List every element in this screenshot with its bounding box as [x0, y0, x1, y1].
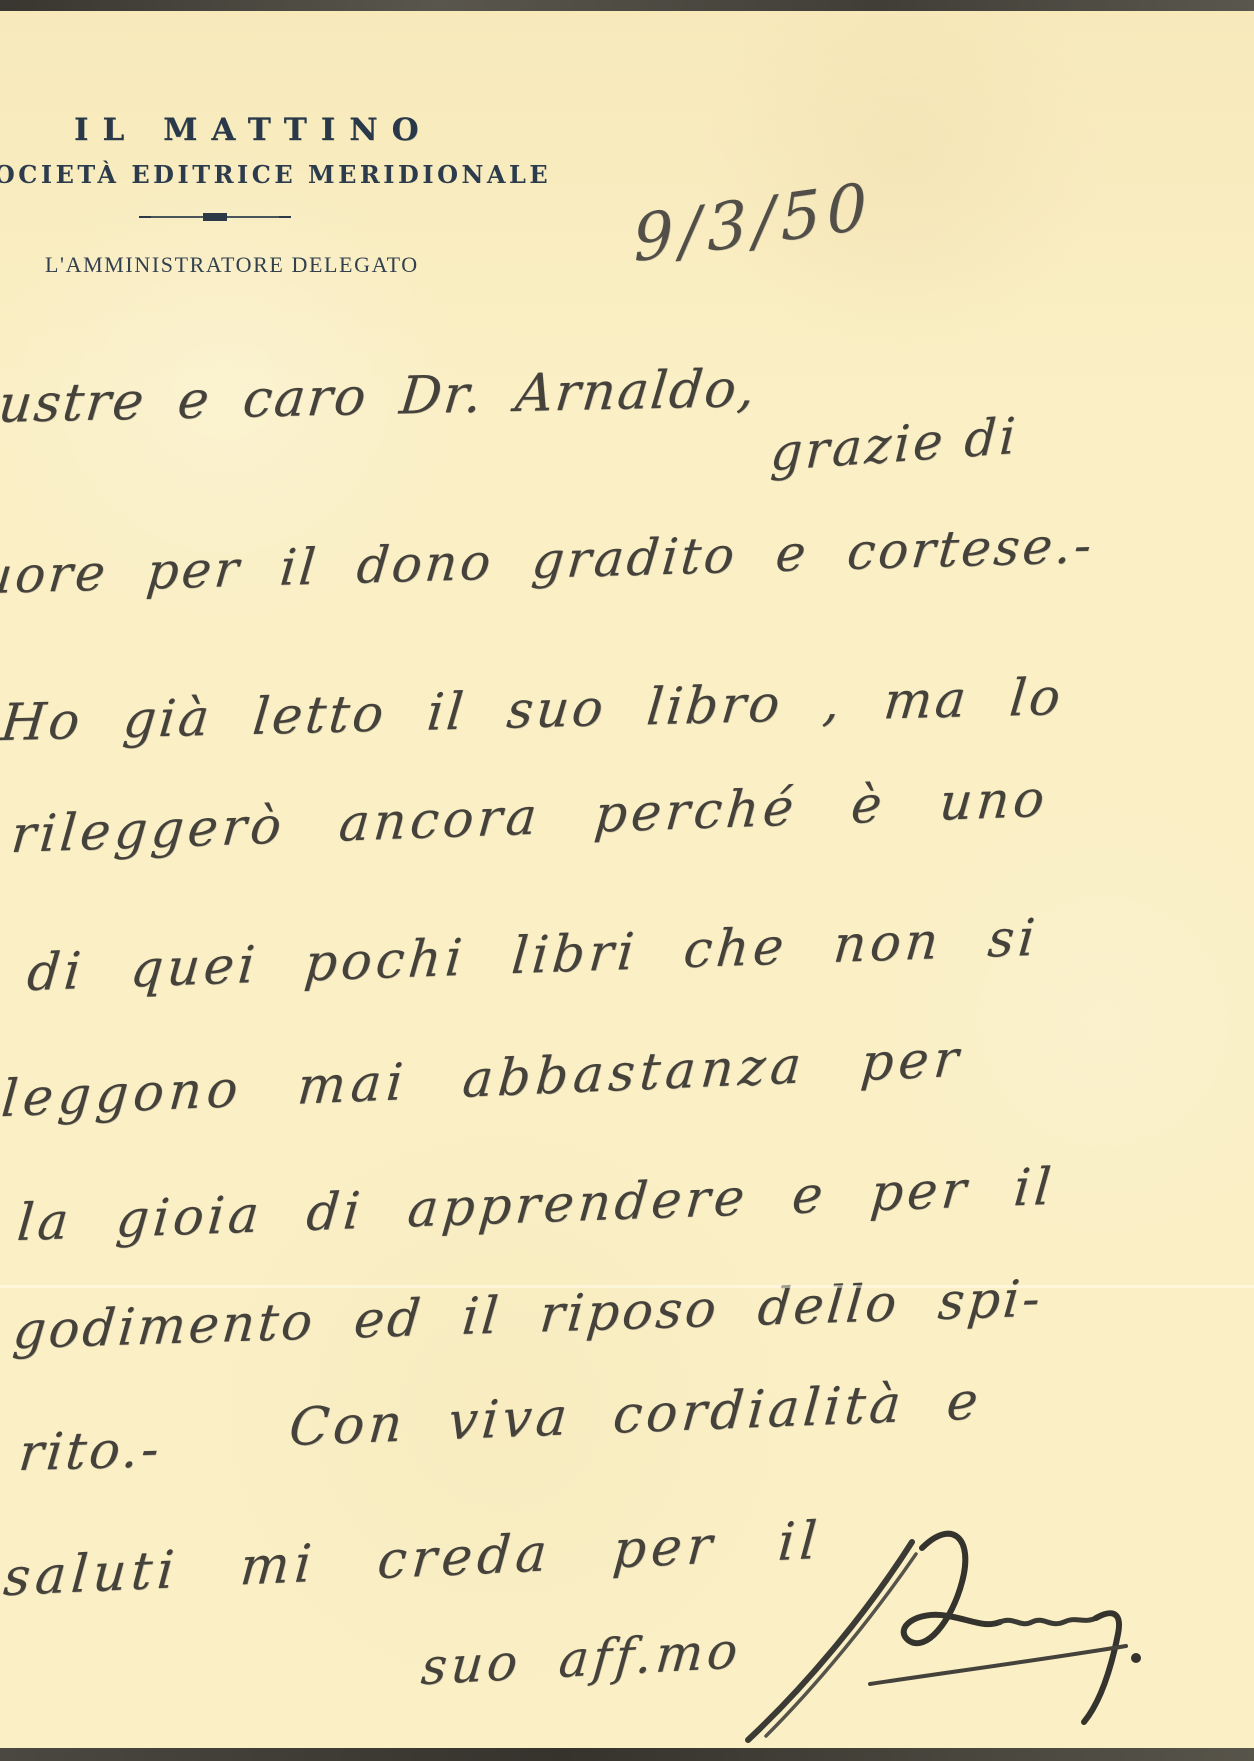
signature-flourish [570, 1512, 1150, 1757]
letter-scan: IL MATTINO SOCIETÀ EDITRICE MERIDIONALE … [0, 0, 1254, 1761]
opening-line: grazie di [769, 407, 1020, 483]
salutation-line: Illustre e caro Dr. Arnaldo, [0, 359, 760, 436]
closing-line: Con viva cordialità e [287, 1371, 984, 1458]
body-line: leggono mai abbastanza per [0, 1030, 965, 1130]
masthead-title: IL MATTINO [74, 112, 433, 148]
body-line: rito.- [16, 1420, 164, 1483]
scan-border-top [0, 0, 1254, 11]
body-line: la gioia di apprendere e per il [15, 1158, 1057, 1253]
handwritten-date: 9/3/50 [632, 169, 874, 277]
body-line: rileggerò ancora perché è uno [9, 770, 1051, 865]
letterhead-divider [139, 213, 291, 221]
body-line: godimento ed il riposo dello spi- [11, 1270, 1046, 1362]
body-line: di quei pochi libri che non si [25, 909, 1041, 1004]
paper-crease [0, 1285, 1254, 1288]
scan-border-bottom [0, 1748, 1254, 1761]
body-line: cuore per il dono gradito e cortese.- [0, 516, 1097, 606]
body-line: Ho già letto il suo libro , ma lo [0, 668, 1066, 753]
role-title: L'AMMINISTRATORE DELEGATO [45, 252, 419, 278]
company-name: SOCIETÀ EDITRICE MERIDIONALE [0, 160, 551, 189]
